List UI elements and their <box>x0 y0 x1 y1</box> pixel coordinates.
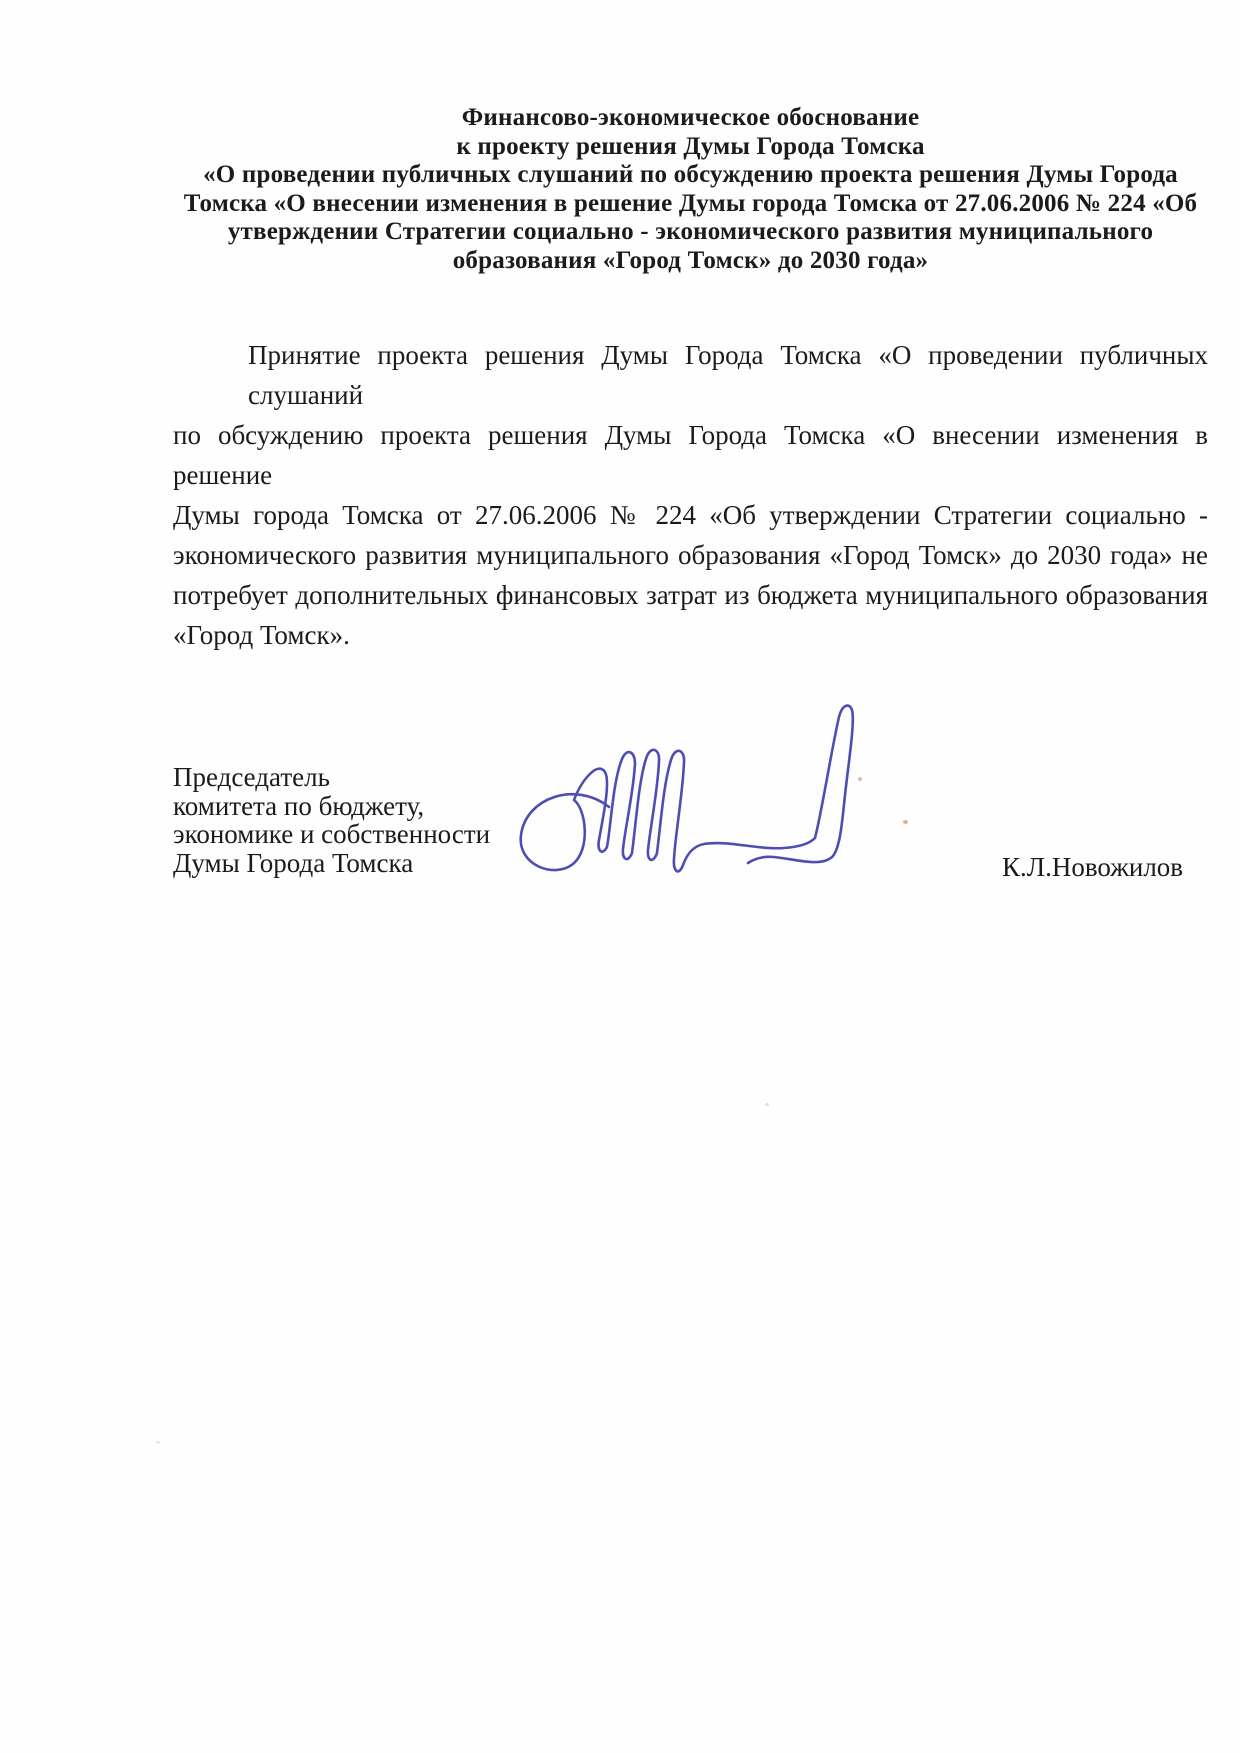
scan-speck <box>903 820 908 824</box>
title-line: образования «Город Томск» до 2030 года» <box>173 247 1208 276</box>
paragraph-line: Принятие проекта решения Думы Города Том… <box>173 335 1208 415</box>
paragraph-line: потребует дополнительных финансовых затр… <box>173 575 1208 615</box>
paragraph-line: Думы города Томска от 27.06.2006 № 224 «… <box>173 495 1208 535</box>
title-line: Томска «О внесении изменения в решение Д… <box>173 190 1208 219</box>
signer-name: К.Л.Новожилов <box>1002 852 1183 883</box>
title-line: к проекту решения Думы Города Томска <box>173 133 1208 162</box>
paragraph-line: экономического развития муниципального о… <box>173 535 1208 575</box>
signature-stroke <box>521 706 853 872</box>
paragraph-line: по обсуждению проекта решения Думы Город… <box>173 415 1208 495</box>
document-page: Финансово-экономическое обоснование к пр… <box>0 0 1240 1753</box>
title-line: «О проведении публичных слушаний по обсу… <box>173 161 1208 190</box>
signer-position-block: Председатель комитета по бюджету, эконом… <box>173 763 490 877</box>
title-line: Финансово-экономическое обоснование <box>173 104 1208 133</box>
body-paragraph: Принятие проекта решения Думы Города Том… <box>173 335 1208 655</box>
signer-position-line: экономике и собственности <box>173 820 490 849</box>
signer-position-line: комитета по бюджету, <box>173 792 490 821</box>
scan-speck <box>858 777 862 781</box>
paragraph-line: «Город Томск». <box>173 615 1208 655</box>
signer-position-line: Думы Города Томска <box>173 849 490 878</box>
handwritten-signature <box>512 697 858 883</box>
signer-position-line: Председатель <box>173 763 490 792</box>
document-title: Финансово-экономическое обоснование к пр… <box>173 104 1208 275</box>
title-line: утверждении Стратегии социально - эконом… <box>173 218 1208 247</box>
scan-speck <box>156 1441 160 1444</box>
scan-speck <box>765 1103 769 1106</box>
